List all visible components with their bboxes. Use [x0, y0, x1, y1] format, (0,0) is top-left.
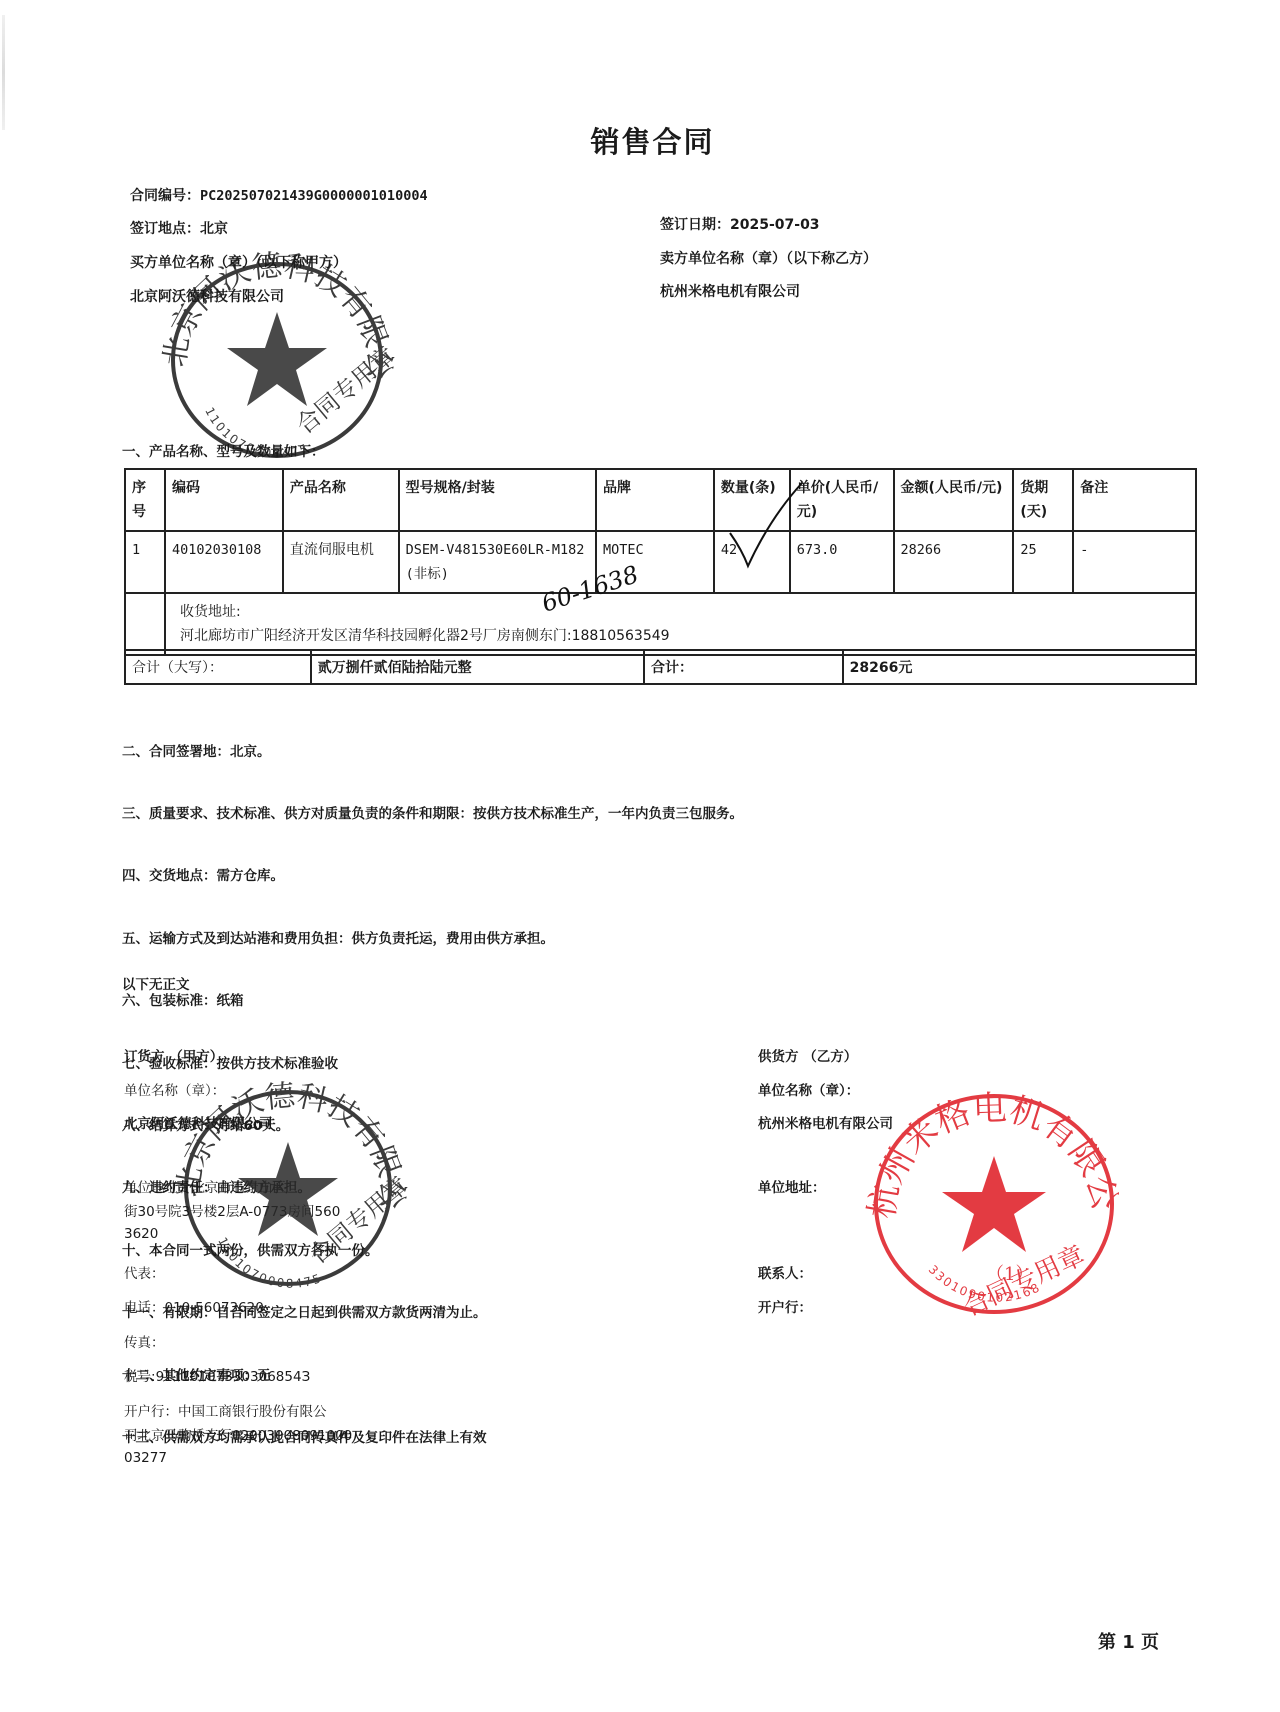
sign-place: 签订地点：北京 — [130, 218, 228, 238]
cell-seq: 1 — [125, 531, 165, 593]
buyer-name: 北京阿沃德科技有限公司 — [130, 286, 284, 306]
seller-heading: 卖方单位名称（章）（以下称乙方） — [660, 248, 877, 268]
clause-4: 四、交货地点：需方仓库。 — [122, 866, 743, 887]
header-qty: 数量(条) — [714, 469, 790, 531]
contract-number-label: 合同编号： — [130, 188, 200, 204]
party-a-fax-label: 传真： — [124, 1331, 165, 1351]
svg-text:合同专用章: 合同专用章 — [291, 341, 395, 440]
party-a-address-line2: 街30号院3号楼2层A-0773房间560 — [124, 1200, 340, 1220]
cell-code: 40102030108 — [165, 531, 283, 593]
clause-5: 五、运输方式及到达站港和费用负担：供方负责托运，费用由供方承担。 — [122, 929, 743, 950]
contract-number: 合同编号：PC202507021439G0000001010004 — [130, 185, 428, 205]
seller-stamp: 杭州米格电机有限公司 合同专用章 （1） 3301090102168 — [858, 1080, 1128, 1320]
sign-date: 签订日期：2025-07-03 — [660, 214, 820, 234]
party-a-tax: 税号:91110107330306854З — [124, 1365, 310, 1385]
party-a-bank-label: 开户行： — [124, 1404, 178, 1420]
totals-row: 合计（大写）： 贰万捌仟贰佰陆拾陆元整 合计： 28266元 — [125, 650, 1196, 684]
scan-edge-artifact — [2, 15, 5, 130]
clause-3: 三、质量要求、技术标准、供方对质量负责的条件和期限：按供方技术标准生产，一年内负… — [122, 804, 743, 825]
svg-text:（1）: （1） — [986, 1264, 1033, 1285]
party-a-tax-label: 税号: — [124, 1369, 156, 1385]
party-a-name-label: 单位名称（章）： — [124, 1079, 225, 1099]
sign-date-label: 签订日期： — [660, 217, 730, 233]
section-1-heading: 一、产品名称、型号及数量如下： — [122, 440, 325, 460]
header-model: 型号规格/封装 — [399, 469, 596, 531]
party-a-bank-line1: 中国工商银行股份有限公 — [178, 1404, 327, 1420]
party-a-tax-value: 91110107330306854З — [156, 1369, 311, 1385]
cell-name: 直流伺服电机 — [283, 531, 399, 593]
party-a-address-line3: 3620 — [124, 1226, 158, 1242]
party-a-bank-line2: 司北京马驹桥支行02003008091000 — [124, 1424, 352, 1444]
cell-lead-time: 25 — [1013, 531, 1073, 593]
seller-name: 杭州米格电机有限公司 — [660, 281, 800, 301]
items-table: 序号 编码 产品名称 型号规格/封装 品牌 数量(条) 单价(人民币/元) 金额… — [124, 468, 1197, 656]
party-a-address-line1: 北京市石景山区 — [192, 1180, 287, 1196]
sign-place-value: 北京 — [200, 221, 228, 237]
party-a-address: 单位地址：北京市石景山区 — [124, 1176, 286, 1196]
contract-number-value: PC202507021439G0000001010004 — [200, 188, 428, 204]
party-a-phone-value: 010-56073620 — [165, 1300, 264, 1316]
party-a-name: 北京阿沃德科技有限公司 — [124, 1112, 273, 1132]
cell-qty: 42 — [714, 531, 790, 593]
header-brand: 品牌 — [596, 469, 714, 531]
buyer-stamp-top: 北京阿沃德科技有限公司 1101070008475 合同专用章 — [155, 250, 395, 460]
party-a-bank-line3: 03277 — [124, 1450, 167, 1466]
document-title: 销售合同 — [0, 120, 1280, 161]
header-remark: 备注 — [1073, 469, 1196, 531]
party-a-rep-label: 代表： — [124, 1262, 165, 1282]
delivery-address-cell: 收货地址: 河北廊坊市广阳经济开发区清华科技园孵化器2号厂房南侧东门:18810… — [165, 593, 1196, 655]
header-amount: 金额(人民币/元) — [894, 469, 1014, 531]
header-name: 产品名称 — [283, 469, 399, 531]
cell-amount: 28266 — [894, 531, 1014, 593]
cell-unit-price: 673.0 — [790, 531, 894, 593]
party-a-phone-label: 电话： — [124, 1300, 165, 1316]
total-upper-value: 贰万捌仟贰佰陆拾陆元整 — [311, 650, 644, 684]
party-b-name-label: 单位名称（章）： — [758, 1079, 859, 1099]
page-number: 第 1 页 — [1098, 1628, 1159, 1654]
end-note: 以下无正文 — [122, 973, 190, 993]
svg-text:3301090102168: 3301090102168 — [926, 1262, 1044, 1304]
table-row: 1 40102030108 直流伺服电机 DSEM-V481530E60LR-M… — [125, 531, 1196, 593]
party-b-bank-label: 开户行： — [758, 1296, 812, 1316]
clause-10: 十、本合同一式两份，供需双方各执一份。 — [122, 1241, 743, 1262]
total-label: 合计： — [644, 650, 843, 684]
party-b-name: 杭州米格电机有限公司 — [758, 1112, 893, 1132]
clause-2: 二、合同签署地：北京。 — [122, 742, 743, 763]
header-lead-time: 货期(天) — [1013, 469, 1073, 531]
party-a-address-label: 单位地址： — [124, 1180, 192, 1196]
party-b-address-label: 单位地址： — [758, 1176, 826, 1196]
address-row-blank — [125, 593, 165, 655]
table-header-row: 序号 编码 产品名称 型号规格/封装 品牌 数量(条) 单价(人民币/元) 金额… — [125, 469, 1196, 531]
address-row: 收货地址: 河北廊坊市广阳经济开发区清华科技园孵化器2号厂房南侧东门:18810… — [125, 593, 1196, 655]
cell-brand: MOTEC — [596, 531, 714, 593]
cell-model: DSEM-V481530E60LR-M182(非标) — [399, 531, 596, 593]
party-a-phone: 电话：010-56073620 — [124, 1296, 264, 1316]
header-code: 编码 — [165, 469, 283, 531]
totals-table: 合计（大写）： 贰万捌仟贰佰陆拾陆元整 合计： 28266元 — [124, 649, 1197, 685]
delivery-address: 河北廊坊市广阳经济开发区清华科技园孵化器2号厂房南侧东门:18810563549 — [180, 624, 1189, 648]
party-a-bank: 开户行：中国工商银行股份有限公 — [124, 1400, 327, 1420]
party-a-heading: 订货方 （甲方） — [124, 1045, 223, 1065]
header-seq: 序号 — [125, 469, 165, 531]
delivery-address-label: 收货地址: — [180, 600, 1189, 624]
cell-remark: - — [1073, 531, 1196, 593]
svg-text:杭州米格电机有限公司: 杭州米格电机有限公司 — [858, 1080, 1125, 1221]
buyer-heading: 买方单位名称（章）（以下称甲方） — [130, 252, 347, 272]
header-unit-price: 单价(人民币/元) — [790, 469, 894, 531]
sign-date-value: 2025-07-03 — [730, 217, 820, 233]
clause-6: 六、包装标准：纸箱 — [122, 991, 743, 1012]
party-b-heading: 供货方 （乙方） — [758, 1045, 857, 1065]
total-value: 28266元 — [843, 650, 1196, 684]
total-upper-label: 合计（大写）： — [125, 650, 311, 684]
svg-text:合同专用章: 合同专用章 — [959, 1240, 1090, 1320]
party-b-contact-label: 联系人： — [758, 1262, 812, 1282]
sign-place-label: 签订地点： — [130, 221, 200, 237]
